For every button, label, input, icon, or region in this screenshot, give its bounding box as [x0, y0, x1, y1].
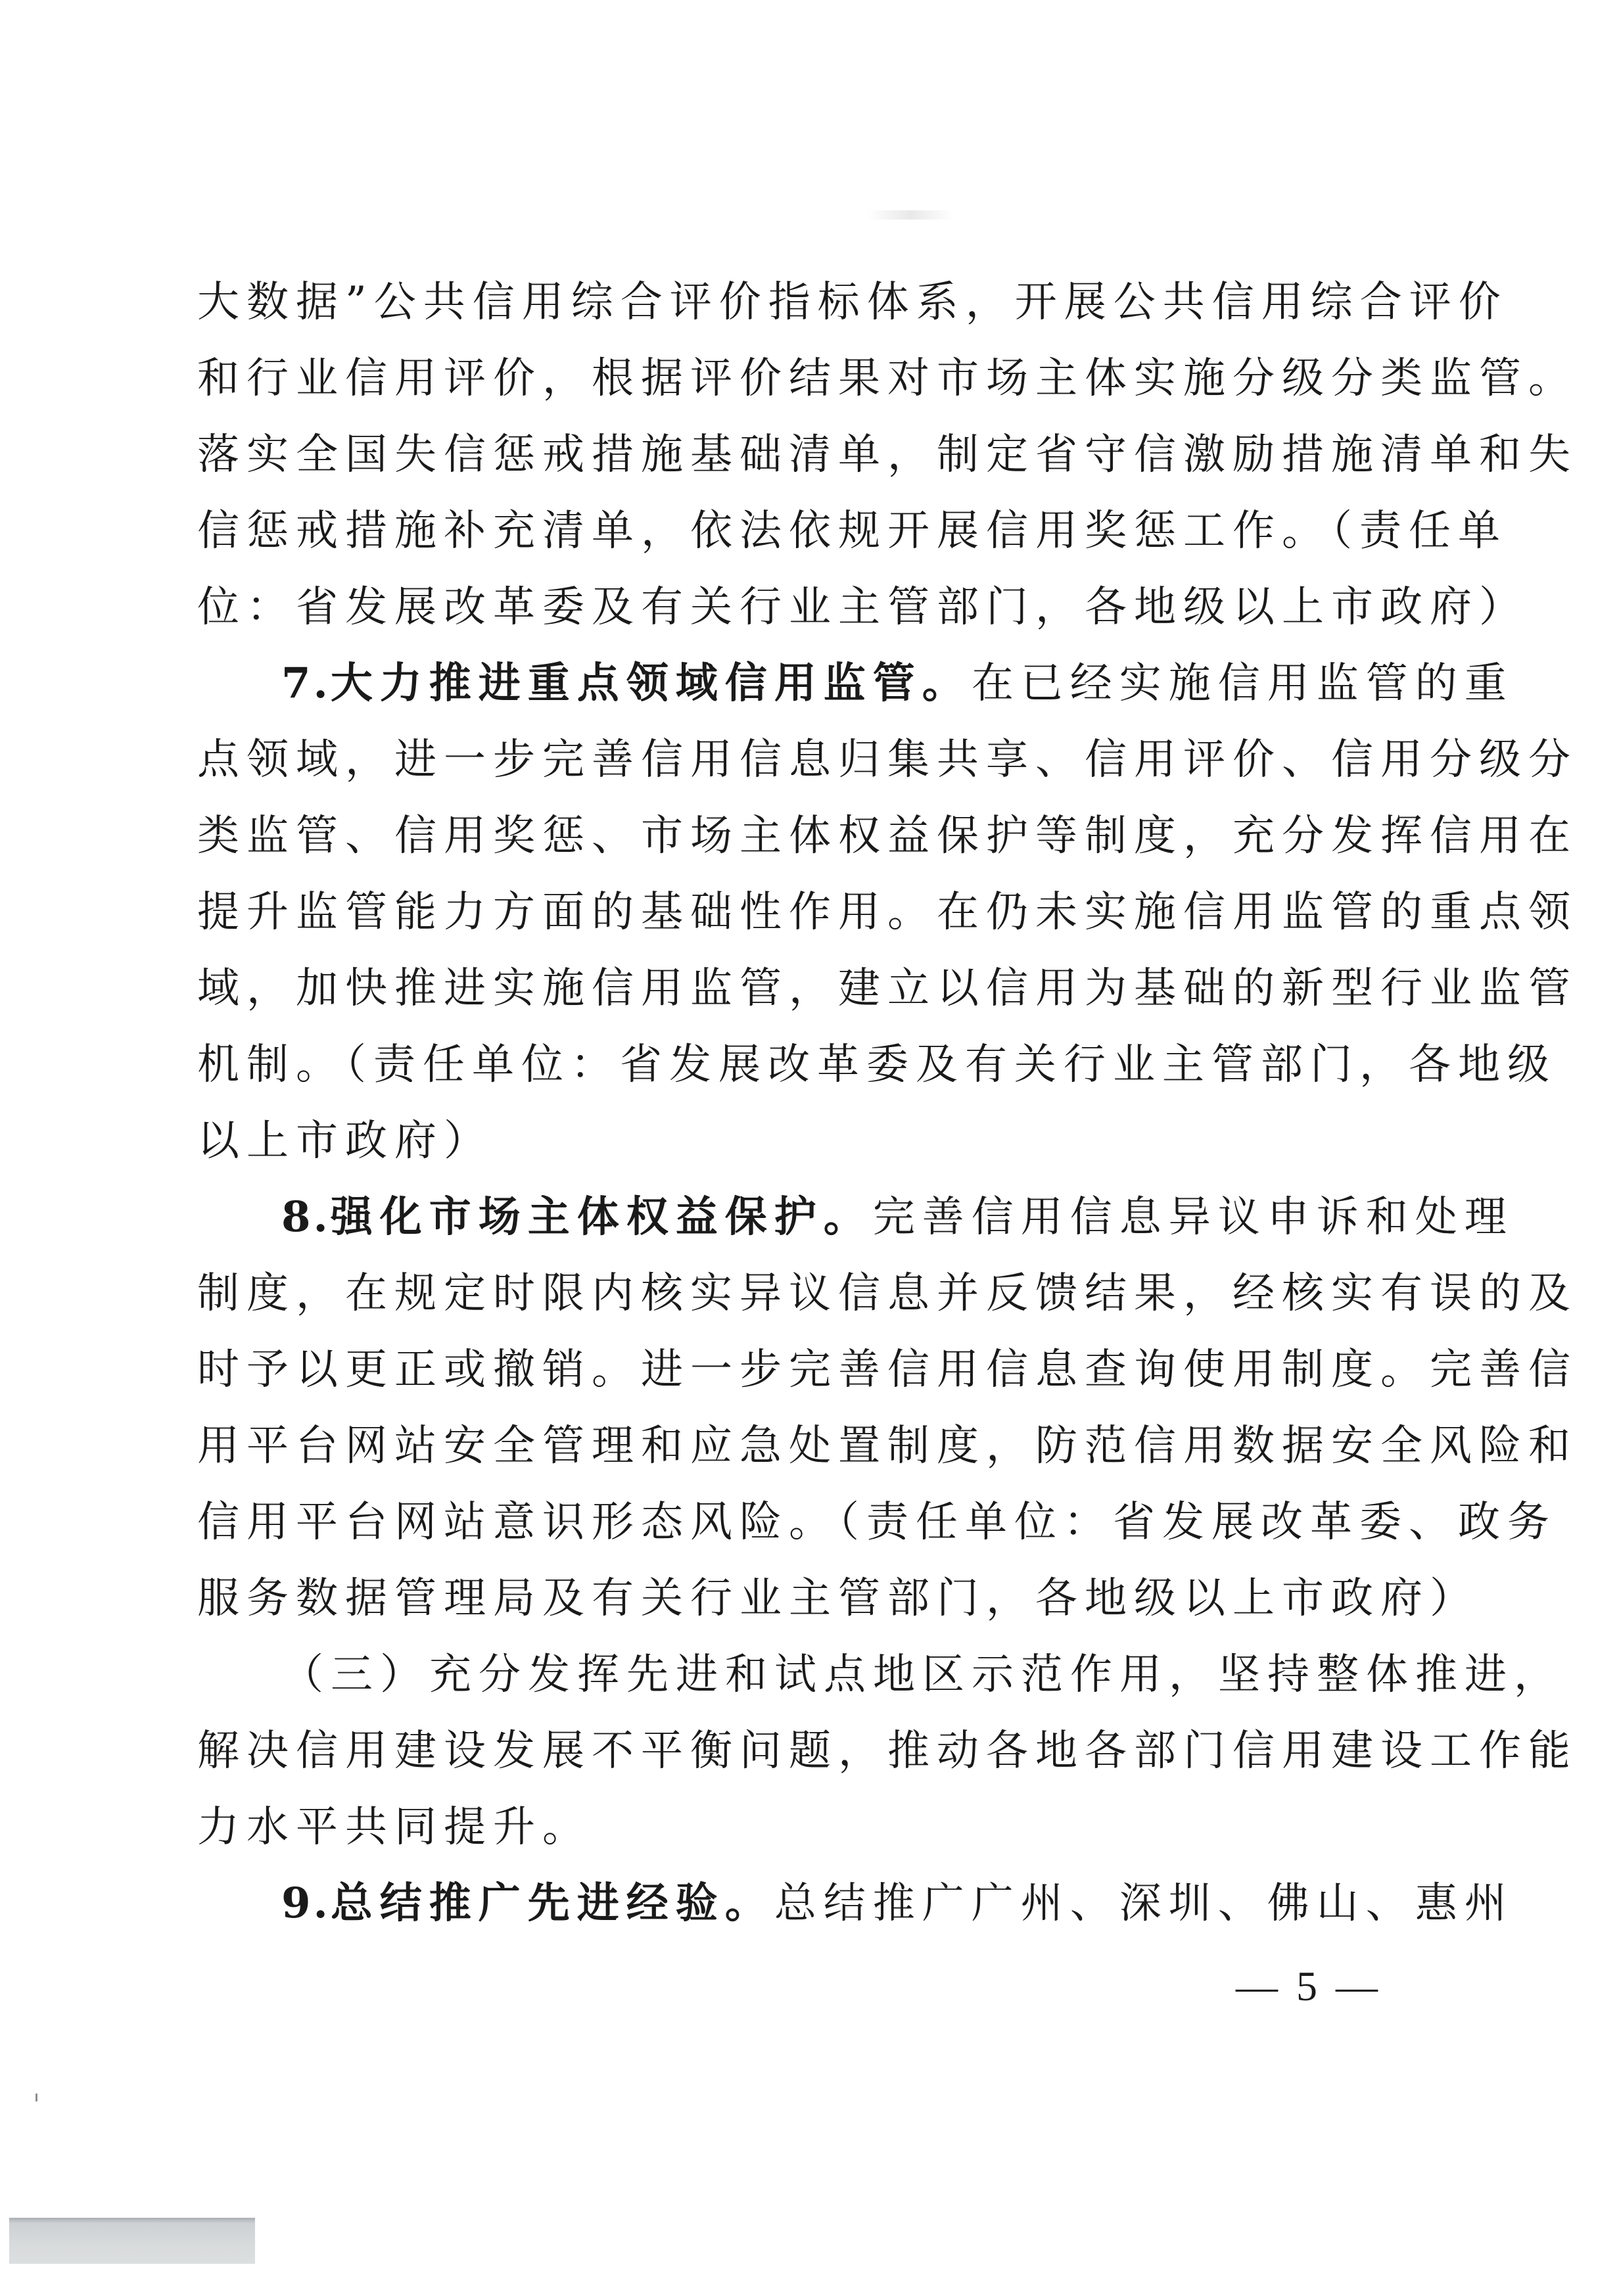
text-line: 时予以更正或撤销。进一步完善信用信息查询使用制度。完善信: [197, 1332, 1394, 1408]
text-line: 点领域，进一步完善信用信息归集共享、信用评价、信用分级分: [197, 722, 1394, 798]
item-number: 7.: [281, 659, 331, 708]
text-line: 用平台网站安全管理和应急处置制度，防范信用数据安全风险和: [197, 1408, 1394, 1484]
text-line: 制度，在规定时限内核实异议信息并反馈结果，经核实有误的及: [197, 1255, 1394, 1332]
text-line: 和行业信用评价，根据评价结果对市场主体实施分级分类监管。: [197, 340, 1394, 417]
text-line: 落实全国失信惩戒措施基础清单，制定省守信激励措施清单和失: [197, 417, 1394, 493]
text-line: 域，加快推进实施信用监管，建立以信用为基础的新型行业监管: [197, 950, 1394, 1027]
item-8-first-line: 8.强化市场主体权益保护。完善信用信息异议申诉和处理: [197, 1179, 1394, 1255]
document-page: 大数据”公共信用综合评价指标体系，开展公共信用综合评价 和行业信用评价，根据评价…: [0, 0, 1619, 2296]
item-text: 总结推广广州、深圳、佛山、惠州: [774, 1879, 1514, 1928]
section-3-heading-line: （三）充分发挥先进和试点地区示范作用，坚持整体推进，: [197, 1637, 1394, 1713]
text-line: 以上市政府）: [197, 1103, 1394, 1179]
text-line: 信惩戒措施补充清单，依法依规开展信用奖惩工作。（责任单: [197, 493, 1394, 569]
text-line: 类监管、信用奖惩、市场主体权益保护等制度，充分发挥信用在: [197, 798, 1394, 874]
item-text: 完善信用信息异议申诉和处理: [873, 1193, 1514, 1242]
text-line: 力水平共同提升。: [197, 1789, 1394, 1865]
scan-artifact-mark: [868, 210, 953, 220]
scan-artifact-bar: [9, 2218, 255, 2264]
item-heading: 强化市场主体权益保护。: [331, 1192, 873, 1242]
item-heading: 总结推广先进经验。: [331, 1879, 774, 1928]
page-number: — 5 —: [1236, 1962, 1382, 2011]
text-line: 机制。（责任单位：省发展改革委及有关行业主管部门，各地级: [197, 1027, 1394, 1103]
text-line: 服务数据管理局及有关行业主管部门，各地级以上市政府）: [197, 1560, 1394, 1637]
text-line: 位：省发展改革委及有关行业主管部门，各地级以上市政府）: [197, 569, 1394, 645]
document-body: 大数据”公共信用综合评价指标体系，开展公共信用综合评价 和行业信用评价，根据评价…: [197, 264, 1394, 1942]
text-line: 大数据”公共信用综合评价指标体系，开展公共信用综合评价: [197, 264, 1394, 340]
item-number: 8.: [281, 1192, 331, 1242]
item-text: 在已经实施信用监管的重: [972, 659, 1514, 708]
text-line: 信用平台网站意识形态风险。（责任单位：省发展改革委、政务: [197, 1484, 1394, 1560]
text-line: 提升监管能力方面的基础性作用。在仍未实施信用监管的重点领: [197, 874, 1394, 950]
item-7-first-line: 7.大力推进重点领域信用监管。在已经实施信用监管的重: [197, 645, 1394, 722]
text-line: 解决信用建设发展不平衡问题，推动各地各部门信用建设工作能: [197, 1713, 1394, 1789]
item-number: 9.: [281, 1879, 331, 1928]
item-heading: 大力推进重点领域信用监管。: [331, 659, 972, 708]
item-9-first-line: 9.总结推广先进经验。总结推广广州、深圳、佛山、惠州: [197, 1865, 1394, 1942]
scan-artifact-tick: [35, 2094, 37, 2101]
